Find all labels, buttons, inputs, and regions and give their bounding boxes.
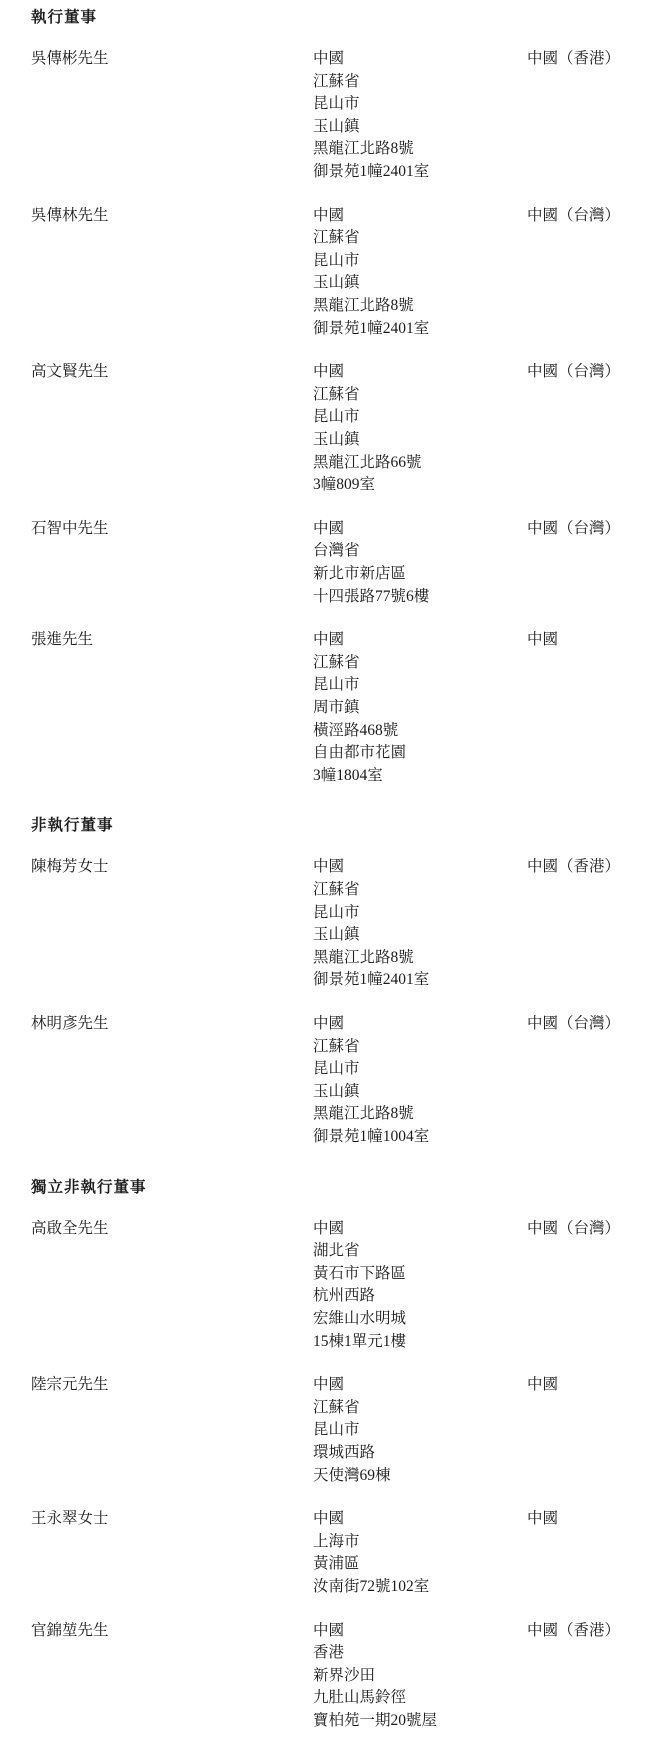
address-line: 御景苑1幢1004室 xyxy=(313,1126,527,1149)
address-line: 新北市新店區 xyxy=(313,563,527,586)
address-line: 中國 xyxy=(313,1218,527,1241)
director-entry: 陸宗元先生 中國江蘇省昆山市環城西路天使灣69棟 中國 xyxy=(31,1374,630,1487)
address-line: 環城西路 xyxy=(313,1442,527,1465)
director-name: 林明彥先生 xyxy=(31,1013,313,1036)
address-line: 中國 xyxy=(313,1620,527,1643)
address-line: 江蘇省 xyxy=(313,1397,527,1420)
address: 中國江蘇省昆山市玉山鎮黑龍江北路8號御景苑1幢2401室 xyxy=(313,205,527,341)
address-line: 江蘇省 xyxy=(313,227,527,250)
address: 中國江蘇省昆山市周市鎮橫涇路468號自由都市花園3幢1804室 xyxy=(313,629,527,787)
address: 中國湖北省黃石市下路區杭州西路宏維山水明城15棟1單元1樓 xyxy=(313,1218,527,1354)
director-entry: 高啟全先生 中國湖北省黃石市下路區杭州西路宏維山水明城15棟1單元1樓 中國（台… xyxy=(31,1218,630,1354)
address: 中國江蘇省昆山市玉山鎮黑龍江北路8號御景苑1幢1004室 xyxy=(313,1013,527,1149)
director-name: 高啟全先生 xyxy=(31,1218,313,1241)
address: 中國江蘇省昆山市玉山鎮黑龍江北路8號御景苑1幢2401室 xyxy=(313,856,527,992)
address-line: 黑龍江北路8號 xyxy=(313,295,527,318)
address-line: 香港 xyxy=(313,1642,527,1665)
nationality: 中國（香港） xyxy=(527,48,630,71)
address-line: 玉山鎮 xyxy=(313,1081,527,1104)
directors-list: 執行董事 吳傳彬先生 中國江蘇省昆山市玉山鎮黑龍江北路8號御景苑1幢2401室 … xyxy=(31,7,630,1733)
address-line: 玉山鎮 xyxy=(313,924,527,947)
address-line: 玉山鎮 xyxy=(313,116,527,139)
address-line: 黑龍江北路8號 xyxy=(313,1103,527,1126)
director-entry: 高文賢先生 中國江蘇省昆山市玉山鎮黑龍江北路66號3幢809室 中國（台灣） xyxy=(31,361,630,497)
nationality: 中國 xyxy=(527,1374,630,1397)
address-line: 15棟1單元1樓 xyxy=(313,1331,527,1354)
section-entries: 陳梅芳女士 中國江蘇省昆山市玉山鎮黑龍江北路8號御景苑1幢2401室 中國（香港… xyxy=(31,856,630,1148)
address-line: 黑龍江北路66號 xyxy=(313,452,527,475)
director-name: 吳傳彬先生 xyxy=(31,48,313,71)
director-entry: 林明彥先生 中國江蘇省昆山市玉山鎮黑龍江北路8號御景苑1幢1004室 中國（台灣… xyxy=(31,1013,630,1149)
section-heading: 非執行董事 xyxy=(31,815,630,838)
address-line: 台灣省 xyxy=(313,540,527,563)
section-heading: 執行董事 xyxy=(31,7,630,30)
address-line: 中國 xyxy=(313,518,527,541)
address-line: 汝南街72號102室 xyxy=(313,1576,527,1599)
address-line: 自由都市花園 xyxy=(313,742,527,765)
director-entry: 陳梅芳女士 中國江蘇省昆山市玉山鎮黑龍江北路8號御景苑1幢2401室 中國（香港… xyxy=(31,856,630,992)
director-entry: 張進先生 中國江蘇省昆山市周市鎮橫涇路468號自由都市花園3幢1804室 中國 xyxy=(31,629,630,787)
address-line: 昆山市 xyxy=(313,406,527,429)
nationality: 中國（台灣） xyxy=(527,1013,630,1036)
address-line: 玉山鎮 xyxy=(313,272,527,295)
director-section: 獨立非執行董事 高啟全先生 中國湖北省黃石市下路區杭州西路宏維山水明城15棟1單… xyxy=(31,1177,630,1733)
nationality: 中國（台灣） xyxy=(527,518,630,541)
nationality: 中國（台灣） xyxy=(527,205,630,228)
director-entry: 吳傳林先生 中國江蘇省昆山市玉山鎮黑龍江北路8號御景苑1幢2401室 中國（台灣… xyxy=(31,205,630,341)
address: 中國上海市黃浦區汝南街72號102室 xyxy=(313,1508,527,1598)
director-section: 執行董事 吳傳彬先生 中國江蘇省昆山市玉山鎮黑龍江北路8號御景苑1幢2401室 … xyxy=(31,7,630,787)
address-line: 昆山市 xyxy=(313,250,527,273)
director-entry: 王永翠女士 中國上海市黃浦區汝南街72號102室 中國 xyxy=(31,1508,630,1598)
address-line: 中國 xyxy=(313,48,527,71)
director-name: 陳梅芳女士 xyxy=(31,856,313,879)
address: 中國香港新界沙田九肚山馬鈴徑寶柏苑一期20號屋 xyxy=(313,1620,527,1733)
address-line: 湖北省 xyxy=(313,1240,527,1263)
address-line: 十四張路77號6樓 xyxy=(313,586,527,609)
address: 中國江蘇省昆山市玉山鎮黑龍江北路8號御景苑1幢2401室 xyxy=(313,48,527,184)
address-line: 中國 xyxy=(313,361,527,384)
address-line: 九肚山馬鈴徑 xyxy=(313,1687,527,1710)
directors-page: 執行董事 吳傳彬先生 中國江蘇省昆山市玉山鎮黑龍江北路8號御景苑1幢2401室 … xyxy=(0,0,660,1763)
director-name: 王永翠女士 xyxy=(31,1508,313,1531)
address: 中國台灣省新北市新店區十四張路77號6樓 xyxy=(313,518,527,608)
address-line: 中國 xyxy=(313,629,527,652)
address-line: 御景苑1幢2401室 xyxy=(313,318,527,341)
address-line: 御景苑1幢2401室 xyxy=(313,161,527,184)
address-line: 中國 xyxy=(313,1013,527,1036)
nationality: 中國（香港） xyxy=(527,856,630,879)
nationality: 中國（台灣） xyxy=(527,361,630,384)
address-line: 昆山市 xyxy=(313,93,527,116)
address-line: 江蘇省 xyxy=(313,1036,527,1059)
director-name: 石智中先生 xyxy=(31,518,313,541)
address-line: 3幢809室 xyxy=(313,474,527,497)
address-line: 江蘇省 xyxy=(313,384,527,407)
address-line: 周市鎮 xyxy=(313,697,527,720)
address-line: 中國 xyxy=(313,856,527,879)
address-line: 御景苑1幢2401室 xyxy=(313,969,527,992)
nationality: 中國（香港） xyxy=(527,1620,630,1643)
address-line: 中國 xyxy=(313,1508,527,1531)
director-name: 高文賢先生 xyxy=(31,361,313,384)
address-line: 江蘇省 xyxy=(313,652,527,675)
address-line: 昆山市 xyxy=(313,1058,527,1081)
director-name: 陸宗元先生 xyxy=(31,1374,313,1397)
address-line: 中國 xyxy=(313,205,527,228)
director-entry: 吳傳彬先生 中國江蘇省昆山市玉山鎮黑龍江北路8號御景苑1幢2401室 中國（香港… xyxy=(31,48,630,184)
address-line: 黑龍江北路8號 xyxy=(313,138,527,161)
address-line: 玉山鎮 xyxy=(313,429,527,452)
address-line: 橫涇路468號 xyxy=(313,720,527,743)
address-line: 黑龍江北路8號 xyxy=(313,947,527,970)
address-line: 新界沙田 xyxy=(313,1665,527,1688)
nationality: 中國（台灣） xyxy=(527,1218,630,1241)
nationality: 中國 xyxy=(527,629,630,652)
address-line: 3幢1804室 xyxy=(313,765,527,788)
director-name: 吳傳林先生 xyxy=(31,205,313,228)
section-entries: 吳傳彬先生 中國江蘇省昆山市玉山鎮黑龍江北路8號御景苑1幢2401室 中國（香港… xyxy=(31,48,630,787)
address-line: 杭州西路 xyxy=(313,1285,527,1308)
section-heading: 獨立非執行董事 xyxy=(31,1177,630,1200)
address-line: 江蘇省 xyxy=(313,879,527,902)
address-line: 中國 xyxy=(313,1374,527,1397)
address-line: 昆山市 xyxy=(313,674,527,697)
address-line: 上海市 xyxy=(313,1531,527,1554)
director-entry: 官錦堃先生 中國香港新界沙田九肚山馬鈴徑寶柏苑一期20號屋 中國（香港） xyxy=(31,1620,630,1733)
director-section: 非執行董事 陳梅芳女士 中國江蘇省昆山市玉山鎮黑龍江北路8號御景苑1幢2401室… xyxy=(31,815,630,1148)
address-line: 寶柏苑一期20號屋 xyxy=(313,1710,527,1733)
address-line: 天使灣69棟 xyxy=(313,1465,527,1488)
address-line: 宏維山水明城 xyxy=(313,1308,527,1331)
section-entries: 高啟全先生 中國湖北省黃石市下路區杭州西路宏維山水明城15棟1單元1樓 中國（台… xyxy=(31,1218,630,1733)
address-line: 昆山市 xyxy=(313,902,527,925)
address-line: 江蘇省 xyxy=(313,71,527,94)
address-line: 黃石市下路區 xyxy=(313,1263,527,1286)
address: 中國江蘇省昆山市環城西路天使灣69棟 xyxy=(313,1374,527,1487)
nationality: 中國 xyxy=(527,1508,630,1531)
address-line: 昆山市 xyxy=(313,1419,527,1442)
address-line: 黃浦區 xyxy=(313,1553,527,1576)
address: 中國江蘇省昆山市玉山鎮黑龍江北路66號3幢809室 xyxy=(313,361,527,497)
director-name: 張進先生 xyxy=(31,629,313,652)
director-name: 官錦堃先生 xyxy=(31,1620,313,1643)
director-entry: 石智中先生 中國台灣省新北市新店區十四張路77號6樓 中國（台灣） xyxy=(31,518,630,608)
